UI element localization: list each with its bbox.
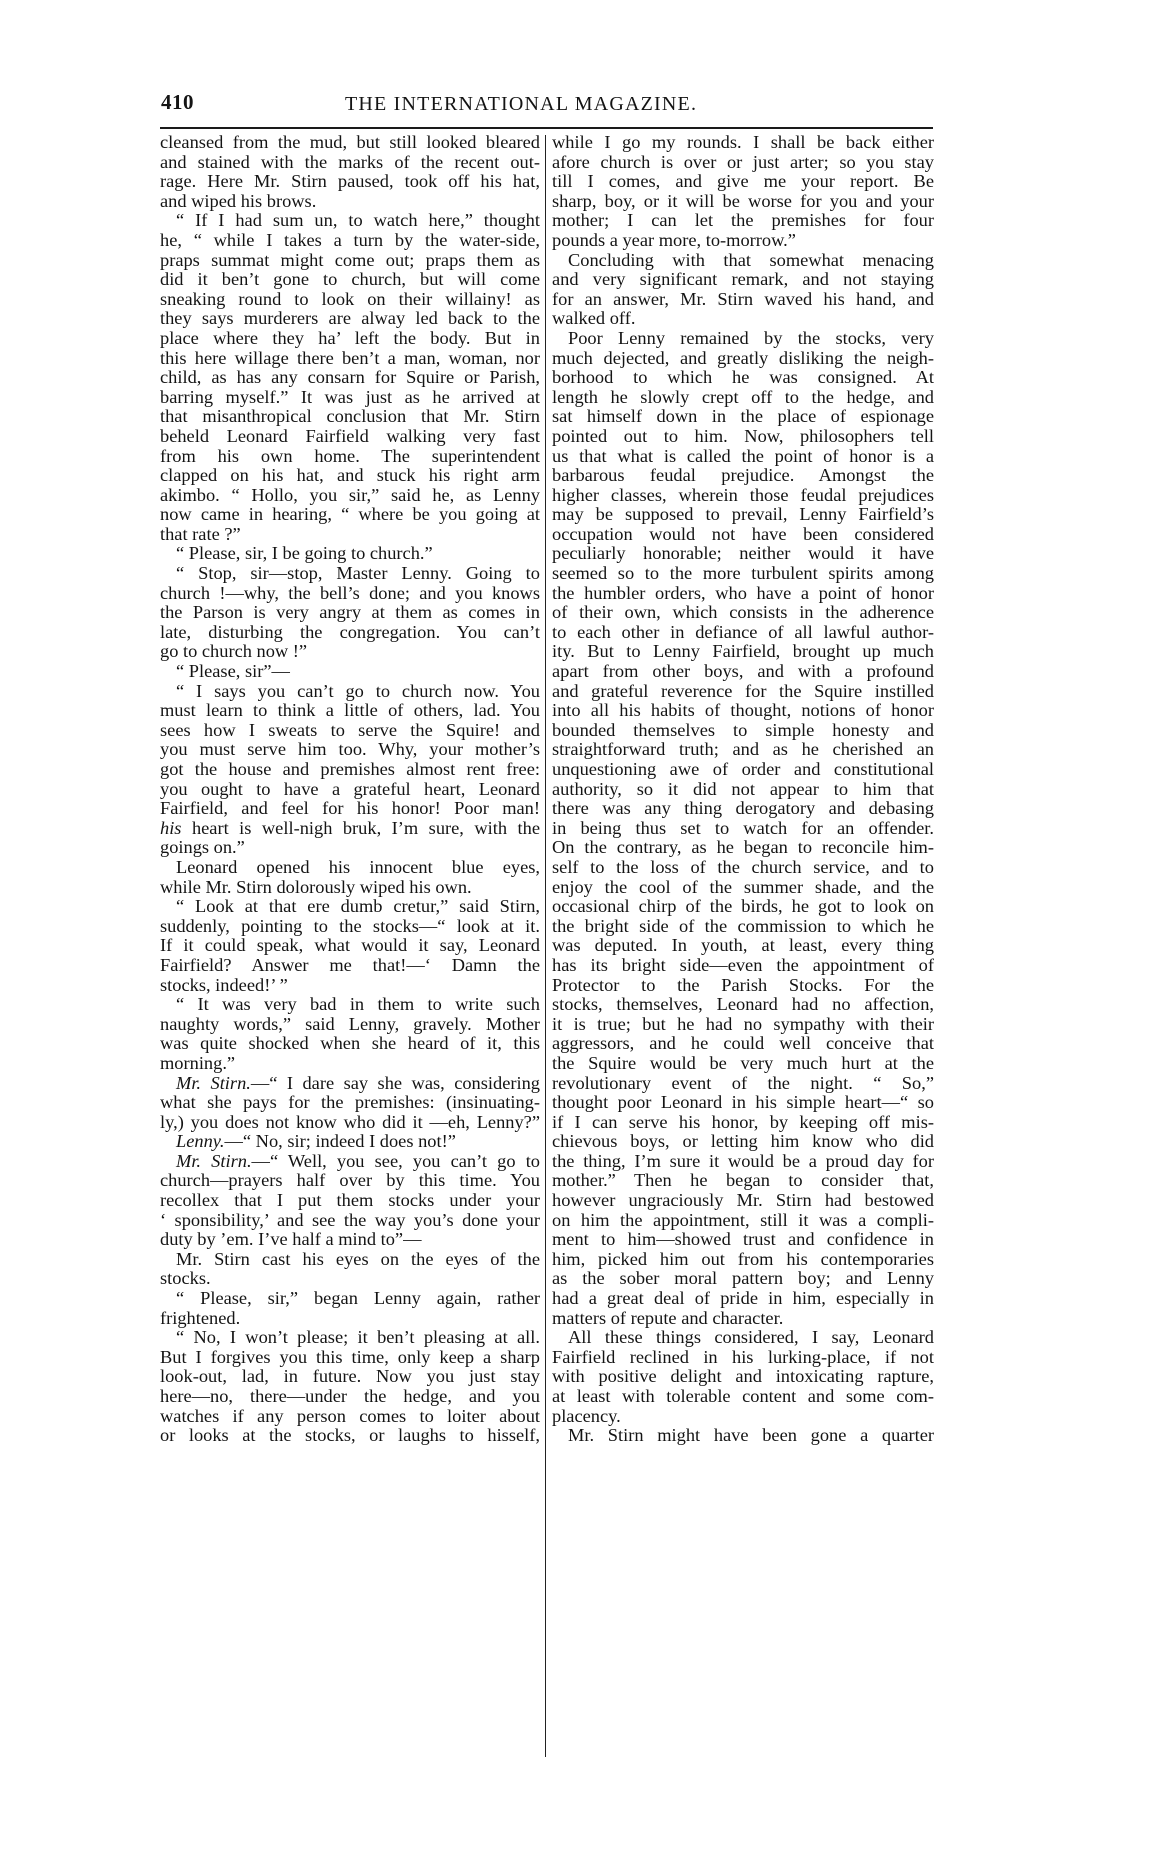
text-line: praps summat might come out; praps them … (160, 251, 540, 271)
column-divider (545, 135, 546, 1757)
text-line: us that what is called the point of hono… (552, 447, 934, 467)
text-line: sat himself down in the place of espiona… (552, 407, 934, 427)
text-line: revolutionary event of the night. “ So,” (552, 1074, 934, 1094)
text-line: you ought to have a grateful heart, Leon… (160, 780, 540, 800)
text-line: he, “ while I takes a turn by the water-… (160, 231, 540, 251)
text-line: ity. But to Lenny Fairfield, brought up … (552, 642, 934, 662)
text-line: in being thus set to watch for an offend… (552, 819, 934, 839)
text-line: “ Please, sir”— (160, 662, 540, 682)
text-line: till I comes, and give me your report. B… (552, 172, 934, 192)
text-line: the Squire would be very much hurt at th… (552, 1054, 934, 1074)
text-line: pointed out to him. Now, philosophers te… (552, 427, 934, 447)
text-line: “ It was very bad in them to write such (160, 995, 540, 1015)
text-line: “ Please, sir,” began Lenny again, rathe… (160, 1289, 540, 1309)
text-line: ment to him—showed trust and confidence … (552, 1230, 934, 1250)
emphasis: his (160, 819, 181, 838)
text-line: stocks, indeed!’ ” (160, 976, 540, 996)
text-line: him, picked him out from his contemporar… (552, 1250, 934, 1270)
text-line: on him the appointment, still it was a c… (552, 1211, 934, 1231)
text-line: from his own home. The superintendent (160, 447, 540, 467)
text-line: sharp, boy, or it will be worse for you … (552, 192, 934, 212)
text-line: for an answer, Mr. Stirn waved his hand,… (552, 290, 934, 310)
text-line: the bright side of the commission to whi… (552, 917, 934, 937)
text-line: Fairfield, and feel for his honor! Poor … (160, 799, 540, 819)
text-line: did it ben’t gone to church, but will co… (160, 270, 540, 290)
text-line: late, disturbing the congregation. You c… (160, 623, 540, 643)
speaker-name: Mr. Stirn. (176, 1074, 251, 1093)
text-line: church !—why, the bell’s done; and you k… (160, 584, 540, 604)
text-line: sees how I sweats to serve the Squire! a… (160, 721, 540, 741)
text-line: Lenny.—“ No, sir; indeed I does not!” (160, 1132, 540, 1152)
text-line: got the house and premishes almost rent … (160, 760, 540, 780)
text-line: now came in hearing, “ where be you goin… (160, 505, 540, 525)
text-line: may be supposed to prevail, Lenny Fairfi… (552, 505, 934, 525)
text-line: here—no, there—under the hedge, and you (160, 1387, 540, 1407)
text-line: Mr. Stirn might have been gone a quarter (552, 1426, 934, 1446)
line-text: heart is well-nigh bruk, I’m sure, with … (181, 819, 540, 838)
text-line: they says murderers are alway led back t… (160, 309, 540, 329)
text-line: suddenly, pointing to the stocks—“ look … (160, 917, 540, 937)
text-line: authority, so it did not appear to him t… (552, 780, 934, 800)
text-line: naughty words,” said Lenny, gravely. Mot… (160, 1015, 540, 1035)
text-line: self to the loss of the church service, … (552, 858, 934, 878)
text-line: thought poor Leonard in his simple heart… (552, 1093, 934, 1113)
text-line: look-out, lad, in future. Now you just s… (160, 1367, 540, 1387)
text-line: the humbler orders, who have a point of … (552, 584, 934, 604)
text-line: higher classes, wherein those feudal pre… (552, 486, 934, 506)
magazine-page: 410 THE INTERNATIONAL MAGAZINE. cleansed… (0, 0, 1176, 1850)
text-line: that misanthropical conclusion that Mr. … (160, 407, 540, 427)
text-line: “ I says you can’t go to church now. You (160, 682, 540, 702)
text-line: enjoy the cool of the summer shade, and … (552, 878, 934, 898)
line-text: —“ No, sir; indeed I does not!” (225, 1132, 456, 1151)
text-line: stocks, themselves, Leonard had no affec… (552, 995, 934, 1015)
text-line: frightened. (160, 1309, 540, 1329)
text-line: akimbo. “ Hollo, you sir,” said he, as L… (160, 486, 540, 506)
text-line: was deputed. In youth, at least, every t… (552, 936, 934, 956)
text-line: has its bright side—even the appointment… (552, 956, 934, 976)
text-line: Poor Lenny remained by the stocks, very (552, 329, 934, 349)
header-rule (160, 127, 933, 129)
text-line: and very significant remark, and not sta… (552, 270, 934, 290)
text-line: mother; I can let the premishes for four (552, 211, 934, 231)
text-line: barbarous feudal prejudice. Amongst the (552, 466, 934, 486)
text-line: you must serve him too. Why, your mother… (160, 740, 540, 760)
text-line: the Parson is very angry at them as come… (160, 603, 540, 623)
text-line: Concluding with that somewhat menacing (552, 251, 934, 271)
text-line: ‘ sponsibility,’ and see the way you’s d… (160, 1211, 540, 1231)
text-line: beheld Leonard Fairfield walking very fa… (160, 427, 540, 447)
text-line: Fairfield reclined in his lurking-place,… (552, 1348, 934, 1368)
text-line: church—prayers half over by this time. Y… (160, 1171, 540, 1191)
text-line: and grateful reverence for the Squire in… (552, 682, 934, 702)
text-line: while Mr. Stirn dolorously wiped his own… (160, 878, 540, 898)
text-line: his heart is well-nigh bruk, I’m sure, w… (160, 819, 540, 839)
text-line: had a great deal of pride in him, especi… (552, 1289, 934, 1309)
text-column-right: while I go my rounds. I shall be back ei… (552, 133, 934, 1446)
text-line: barring myself.” It was just as he arriv… (160, 388, 540, 408)
text-line: of their own, which consists in the adhe… (552, 603, 934, 623)
text-line: unquestioning awe of order and constitut… (552, 760, 934, 780)
text-line: place where they ha’ left the body. But … (160, 329, 540, 349)
text-line: matters of repute and character. (552, 1309, 934, 1329)
text-line: pounds a year more, to-morrow.” (552, 231, 934, 251)
text-line: seemed so to the more turbulent spirits … (552, 564, 934, 584)
text-line: what she pays for the premishes: (insinu… (160, 1093, 540, 1113)
speaker-name: Mr. Stirn. (176, 1152, 252, 1171)
text-line: All these things considered, I say, Leon… (552, 1328, 934, 1348)
text-line: apart from other boys, and with a profou… (552, 662, 934, 682)
text-line: Mr. Stirn.—“ Well, you see, you can’t go… (160, 1152, 540, 1172)
text-line: Mr. Stirn.—“ I dare say she was, conside… (160, 1074, 540, 1094)
text-line: mother.” Then he began to consider that, (552, 1171, 934, 1191)
text-line: Protector to the Parish Stocks. For the (552, 976, 934, 996)
text-line: afore church is over or just arter; so y… (552, 153, 934, 173)
text-line: with positive delight and intoxicating r… (552, 1367, 934, 1387)
text-line: morning.” (160, 1054, 540, 1074)
text-line: Mr. Stirn cast his eyes on the eyes of t… (160, 1250, 540, 1270)
text-line: to each other in defiance of all lawful … (552, 623, 934, 643)
text-line: chievous boys, or letting him know who d… (552, 1132, 934, 1152)
text-column-left: cleansed from the mud, but still looked … (160, 133, 540, 1446)
text-line: Leonard opened his innocent blue eyes, (160, 858, 540, 878)
text-line: it is true; but he had no sympathy with … (552, 1015, 934, 1035)
text-line: “ If I had sum un, to watch here,” thoug… (160, 211, 540, 231)
text-line: aggressors, and he could well conceive t… (552, 1034, 934, 1054)
text-line: “ No, I won’t please; it ben’t pleasing … (160, 1328, 540, 1348)
text-line: “ Please, sir, I be going to church.” (160, 544, 540, 564)
text-line: walked off. (552, 309, 934, 329)
text-line: into all his habits of thought, notions … (552, 701, 934, 721)
text-line: goings on.” (160, 838, 540, 858)
running-title: THE INTERNATIONAL MAGAZINE. (345, 93, 697, 116)
text-line: recollex that I put them stocks under yo… (160, 1191, 540, 1211)
text-line: and wiped his brows. (160, 192, 540, 212)
text-line: sneaking round to look on their willainy… (160, 290, 540, 310)
page-number: 410 (161, 90, 194, 115)
text-line: peculiarly honorable; neither would it h… (552, 544, 934, 564)
text-line: placency. (552, 1407, 934, 1427)
speaker-name: Lenny. (176, 1132, 225, 1151)
text-line: watches if any person comes to loiter ab… (160, 1407, 540, 1427)
text-line: Fairfield? Answer me that!—‘ Damn the (160, 956, 540, 976)
text-line: this here willage there ben’t a man, wom… (160, 349, 540, 369)
text-line: On the contrary, as he began to reconcil… (552, 838, 934, 858)
text-line: stocks. (160, 1269, 540, 1289)
text-line: cleansed from the mud, but still looked … (160, 133, 540, 153)
text-line: duty by ’em. I’ve half a mind to”— (160, 1230, 540, 1250)
text-line: as the sober moral pattern boy; and Lenn… (552, 1269, 934, 1289)
text-line: bounded themselves to simple honesty and (552, 721, 934, 741)
text-line: “ Stop, sir—stop, Master Lenny. Going to (160, 564, 540, 584)
text-line: if I can serve his honor, by keeping off… (552, 1113, 934, 1133)
text-line: child, as has any consarn for Squire or … (160, 368, 540, 388)
line-text: —“ Well, you see, you can’t go to (252, 1152, 540, 1171)
text-line: straightforward truth; and as he cherish… (552, 740, 934, 760)
text-line: must learn to think a little of others, … (160, 701, 540, 721)
text-line: ly,) you does not know who did it —eh, L… (160, 1113, 540, 1133)
text-line: “ Look at that ere dumb cretur,” said St… (160, 897, 540, 917)
text-line: borhood to which he was consigned. At (552, 368, 934, 388)
text-line: much dejected, and greatly disliking the… (552, 349, 934, 369)
text-line: however ungraciously Mr. Stirn had besto… (552, 1191, 934, 1211)
text-line: rage. Here Mr. Stirn paused, took off hi… (160, 172, 540, 192)
text-line: the thing, I’m sure it would be a proud … (552, 1152, 934, 1172)
text-line: occupation would not have been considere… (552, 525, 934, 545)
text-line: at least with tolerable content and some… (552, 1387, 934, 1407)
text-line: length he slowly crept off to the hedge,… (552, 388, 934, 408)
text-line: or looks at the stocks, or laughs to his… (160, 1426, 540, 1446)
line-text: —“ I dare say she was, considering (251, 1074, 540, 1093)
text-line: that rate ?” (160, 525, 540, 545)
text-line: while I go my rounds. I shall be back ei… (552, 133, 934, 153)
text-line: clapped on his hat, and stuck his right … (160, 466, 540, 486)
text-line: go to church now !” (160, 642, 540, 662)
text-line: was quite shocked when she heard of it, … (160, 1034, 540, 1054)
text-line: and stained with the marks of the recent… (160, 153, 540, 173)
text-line: there was any thing derogatory and debas… (552, 799, 934, 819)
text-line: occasional chirp of the birds, he got to… (552, 897, 934, 917)
text-line: If it could speak, what would it say, Le… (160, 936, 540, 956)
text-line: But I forgives you this time, only keep … (160, 1348, 540, 1368)
